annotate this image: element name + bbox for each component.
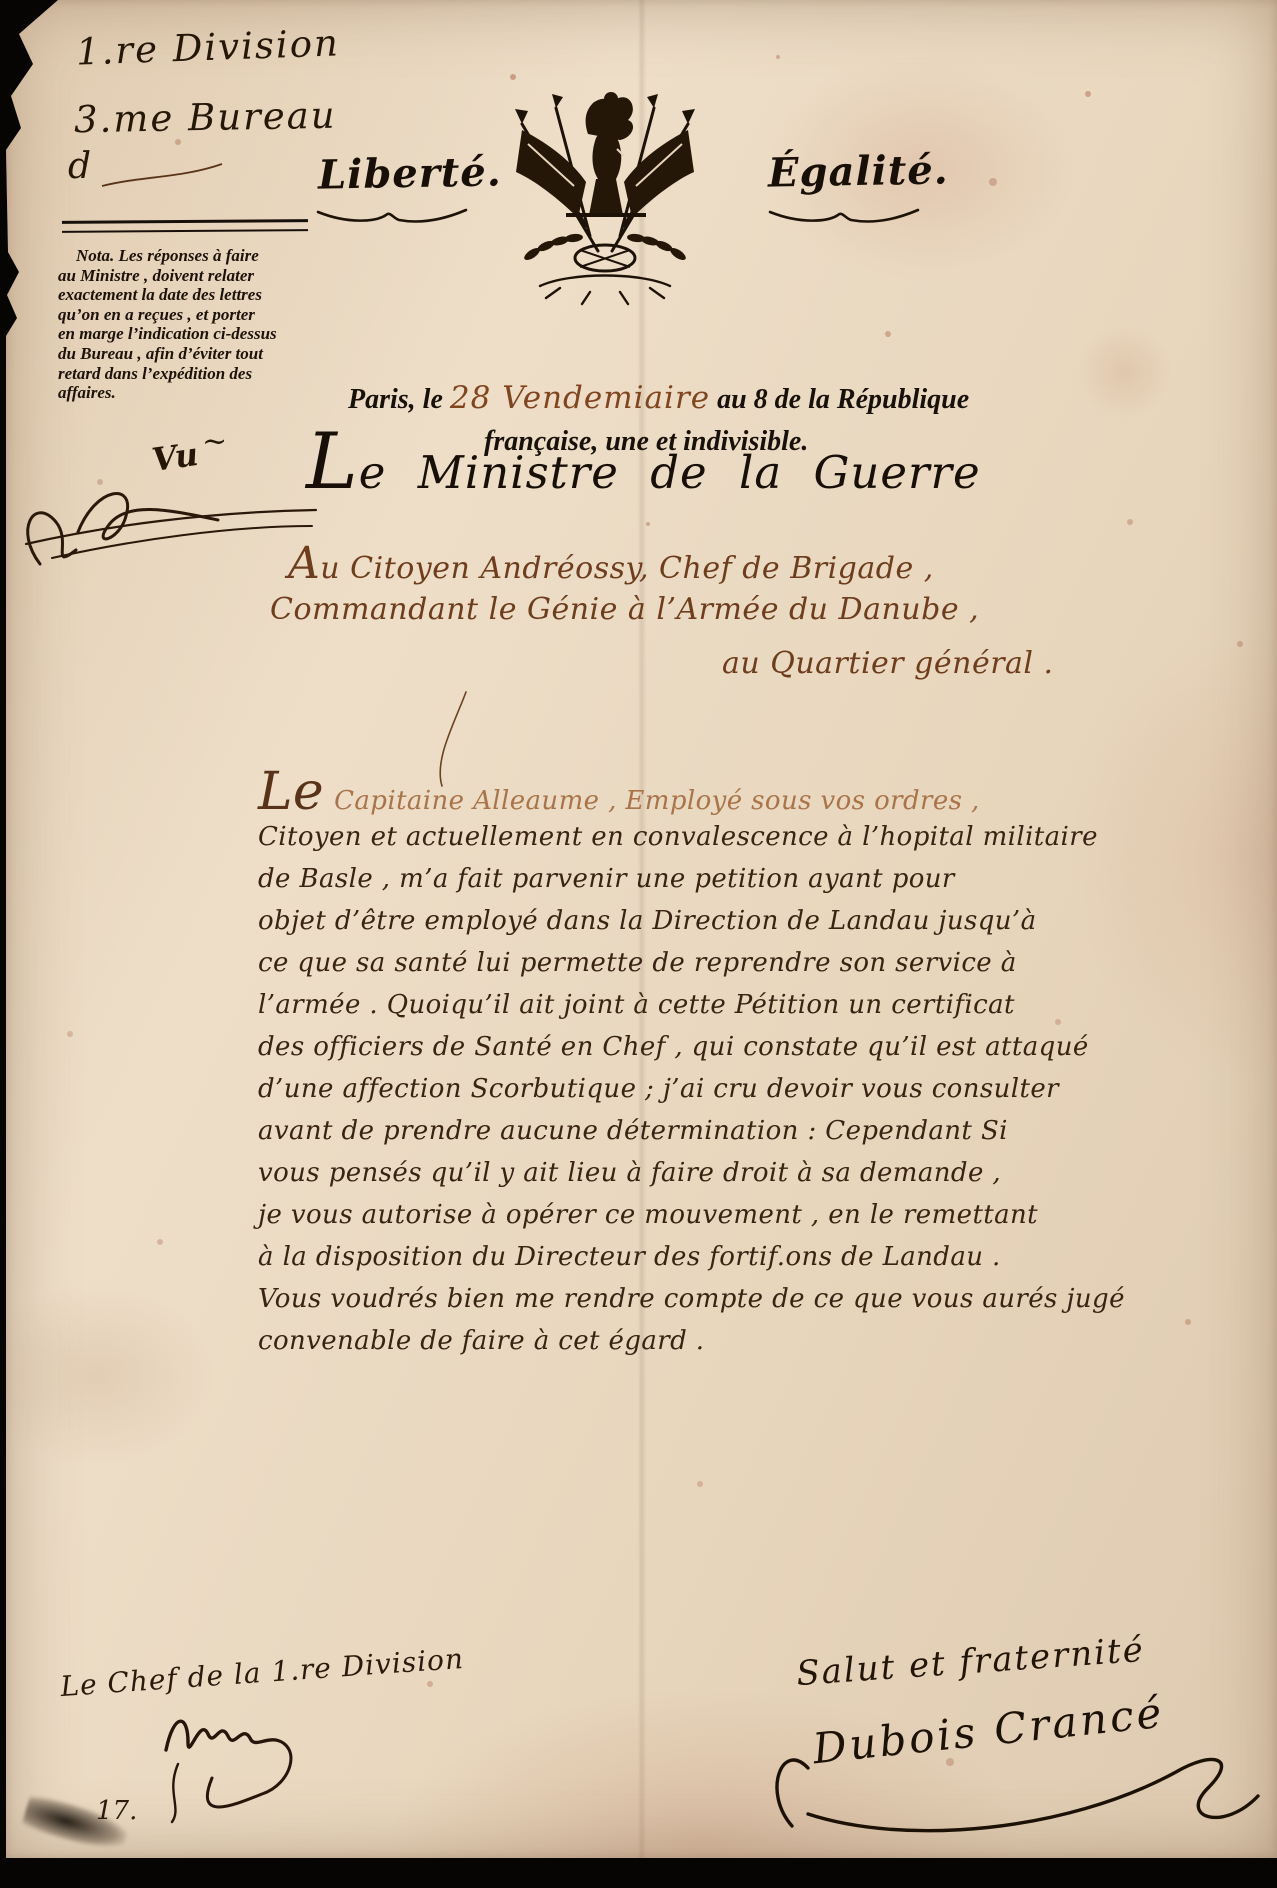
nota-line: Nota. Les réponses à faire [58,246,310,266]
margin-division-label: 1.re Division [75,21,340,73]
liberte-underline-flourish [314,206,472,228]
dateline: Paris, le 28 Vendemiaire au 8 de la Répu… [348,380,969,416]
body-line: l’armée . Quoiqu’il ait joint à cette Pé… [258,984,1078,1026]
body-line: avant de prendre aucune détermination : … [258,1110,1078,1152]
body-line: convenable de faire à cet égard . [258,1320,1078,1362]
reviewer-signature [20,468,330,583]
body-line: d’une affection Scorbutique ; j’ai cru d… [258,1068,1078,1110]
screenshot-root: { "document": { "margin_header": { "divi… [0,0,1277,1888]
nota-line: au Ministre , doivent relater [58,266,310,286]
body-line: vous pensés qu’il y ait lieu à faire dro… [258,1152,1078,1194]
division-chief-title: Le Chef de la 1.re Division [59,1642,465,1703]
body-opening-initial: Le [258,762,324,822]
nota-line: retard dans l’expédition des [58,364,310,384]
egalite-underline-flourish [766,206,924,228]
document-title: Le Ministre de la Guerre [306,442,981,501]
republican-emblem [470,86,740,304]
body-line: je vous autorise à opérer ce mouvement ,… [258,1194,1078,1236]
division-chief-signature [136,1698,381,1833]
pen-flourish [98,158,228,192]
body-line-text: Capitaine Alleaume , Employé sous vos or… [334,786,980,816]
body-line: ce que sa santé lui permette de reprendr… [258,942,1078,984]
body-line: de Basle , m’a fait parvenir une petitio… [258,858,1078,900]
dateline-handwritten-date: 28 Vendemiaire [450,380,710,416]
nota-line: affaires. [58,383,310,403]
dateline-printed-suffix: au 8 de la République [717,384,969,415]
vu-flourish-mark: ~ [202,424,227,459]
nota-line: en marge l’indication ci-dessus [58,324,310,344]
body-line: objet d’être employé dans la Direction d… [258,900,1078,942]
address-line-2: Commandant le Génie à l’Armée du Danube … [270,592,979,627]
nota-line: qu’on en a reçues , et porter [58,305,310,325]
minister-signature-flourish [746,1696,1266,1866]
body-line: à la disposition du Directeur des fortif… [258,1236,1078,1278]
document-page: 1.re Division 3.me Bureau d Nota. Les ré… [6,0,1277,1858]
closing-salutation: Salut et fraternité [795,1630,1146,1694]
body-line: Citoyen et actuellement en convalescence… [258,816,1078,858]
double-rule [62,219,308,233]
foxing-spots [6,0,10,4]
body-line: des officiers de Santé en Chef , qui con… [258,1026,1078,1068]
address-line-3: au Quartier général . [722,646,1054,681]
body-line: LeCapitaine Alleaume , Employé sous vos … [258,768,1078,816]
margin-bureau-label: 3.me Bureau [74,94,337,142]
nota-line: du Bureau , afin d’éviter tout [58,344,310,364]
nota-line: exactement la date des lettres [58,285,310,305]
margin-letter-mark: d [68,146,91,187]
letter-body: LeCapitaine Alleaume , Employé sous vos … [258,768,1078,1362]
nota-block: Nota. Les réponses à faire au Ministre ,… [58,246,310,403]
body-line: Vous voudrés bien me rendre compte de ce… [258,1278,1078,1320]
dateline-printed-prefix: Paris, le [348,384,443,415]
egalite-label: Égalité. [768,146,949,196]
address-line-1: Au Citoyen Andréossy, Chef de Brigade , [288,538,934,589]
